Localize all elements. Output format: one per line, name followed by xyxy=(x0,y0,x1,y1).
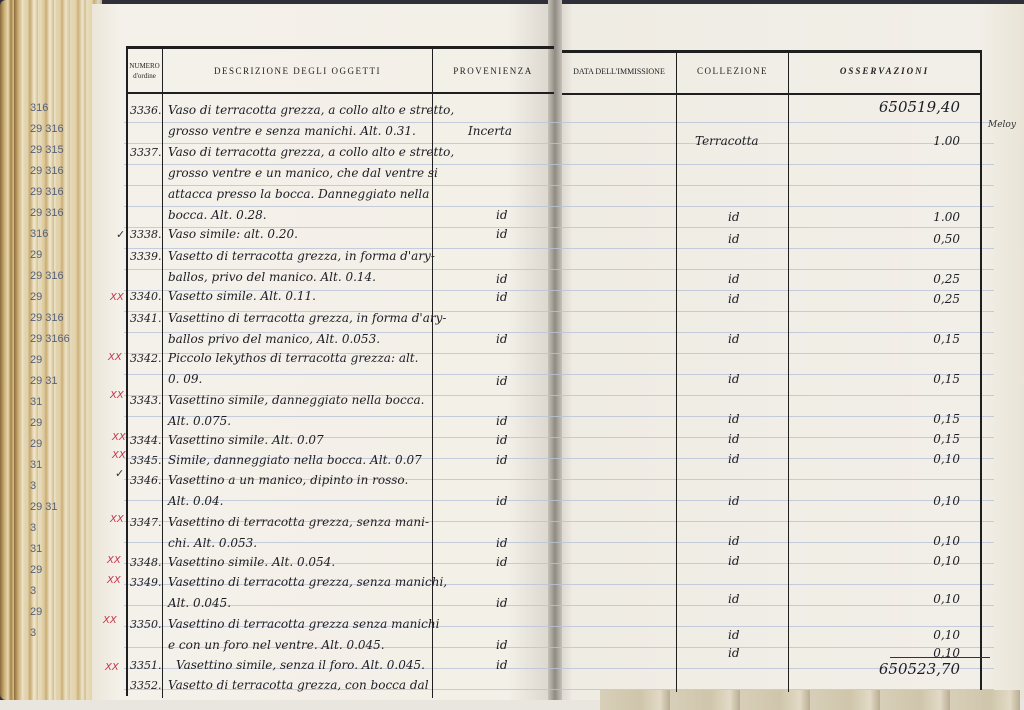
entry-number: 3338. xyxy=(130,228,162,241)
entry-collezione: id xyxy=(728,452,740,466)
col-divider-numero xyxy=(162,48,163,698)
entry-provenienza: id xyxy=(496,374,508,388)
entry-number: 3336. xyxy=(130,104,162,117)
header-osservazioni: OSSERVAZIONI xyxy=(789,50,980,92)
entry-description: Vasettino simile. Alt. 0.054. xyxy=(168,555,335,569)
margin-note: Meloy xyxy=(988,120,1016,130)
entry-description: ballos, privo del manico. Alt. 0.14. xyxy=(168,270,376,284)
entry-number: 3339. xyxy=(130,250,162,263)
entry-provenienza: id xyxy=(496,555,508,569)
header-top-rule xyxy=(126,46,554,49)
entry-value: 0,15 xyxy=(900,412,960,426)
entry-description: Vasettino simile, senza il foro. Alt. 0.… xyxy=(176,658,425,672)
red-xx-mark: XX xyxy=(105,662,119,673)
entry-description: Alt. 0.045. xyxy=(168,596,231,610)
table-right-border xyxy=(980,50,982,690)
entry-number: 3337. xyxy=(130,146,162,159)
header-collezione: COLLEZIONE xyxy=(677,50,788,92)
entry-description: e con un foro nel ventre. Alt. 0.045. xyxy=(168,638,385,652)
check-mark-icon: ✓ xyxy=(115,467,124,480)
entry-number: 3346. xyxy=(130,474,162,487)
entry-description: chi. Alt. 0.053. xyxy=(168,536,257,550)
header-bottom-rule xyxy=(126,92,554,94)
entry-description: Vasettino di terracotta grezza, senza ma… xyxy=(168,575,447,589)
entry-provenienza: id xyxy=(496,536,508,550)
entry-provenienza: id xyxy=(496,494,508,508)
entry-provenienza: Incerta xyxy=(468,124,512,138)
entry-description: Vasettino di terracotta grezza senza man… xyxy=(168,617,439,631)
entry-collezione: id xyxy=(728,646,740,660)
entry-value: 1.00 xyxy=(900,210,960,224)
entry-number: 3352. xyxy=(130,679,162,692)
red-xx-mark: XX xyxy=(107,575,121,586)
red-xx-mark: XX xyxy=(112,432,126,443)
header-provenienza: PROVENIENZA xyxy=(433,50,553,92)
edge-page-numbers: 316 29 316 29 315 29 316 29 316 29 316 3… xyxy=(30,98,90,644)
entry-value: 0,10 xyxy=(900,494,960,508)
entry-collezione: Terracotta xyxy=(695,134,759,148)
entry-provenienza: id xyxy=(496,290,508,304)
sum-rule xyxy=(890,657,990,658)
entry-provenienza: id xyxy=(496,332,508,346)
carried-total: 650519,40 xyxy=(860,98,960,116)
entry-description: Alt. 0.04. xyxy=(168,494,224,508)
entry-value: 0,25 xyxy=(900,272,960,286)
entry-description: grosso ventre e senza manichi. Alt. 0.31… xyxy=(168,124,416,138)
entry-value: 0,10 xyxy=(900,628,960,642)
entry-number: 3347. xyxy=(130,516,162,529)
entry-description: ballos privo del manico, Alt. 0.053. xyxy=(168,332,380,346)
entry-description: Vasetto simile. Alt. 0.11. xyxy=(168,289,316,303)
entry-value: 1.00 xyxy=(900,134,960,148)
entry-description: Vasettino di terracotta grezza, senza ma… xyxy=(168,515,429,529)
entry-value: 0,50 xyxy=(900,232,960,246)
red-xx-mark: XX xyxy=(110,514,124,525)
entry-collezione: id xyxy=(728,372,740,386)
entry-number: 3342. xyxy=(130,352,162,365)
entry-provenienza: id xyxy=(496,272,508,286)
entry-description: Vaso simile: alt. 0.20. xyxy=(168,227,298,241)
torn-page-bottom xyxy=(600,690,1020,710)
entry-description: Alt. 0.075. xyxy=(168,414,231,428)
entry-description: grosso ventre e un manico, che dal ventr… xyxy=(168,166,438,180)
entry-value: 0,15 xyxy=(900,432,960,446)
header-data-immissione: DATA DELL'IMMISSIONE xyxy=(562,50,676,92)
red-xx-mark: XX xyxy=(110,390,124,401)
entry-provenienza: id xyxy=(496,208,508,222)
entry-provenienza: id xyxy=(496,658,508,672)
check-mark-icon: ✓ xyxy=(116,228,125,241)
entry-value: 0,15 xyxy=(900,332,960,346)
entry-value: 0,10 xyxy=(900,534,960,548)
entry-description: Vasettino simile, danneggiato nella bocc… xyxy=(168,393,424,407)
final-total: 650523,70 xyxy=(860,660,960,678)
entry-provenienza: id xyxy=(496,453,508,467)
entry-collezione: id xyxy=(728,554,740,568)
header-bottom-rule-right xyxy=(562,93,982,95)
col-divider-data xyxy=(676,52,677,692)
entry-description: attacca presso la bocca. Danneggiato nel… xyxy=(168,187,429,201)
entry-collezione: id xyxy=(728,432,740,446)
red-xx-mark: XX xyxy=(110,292,124,303)
entry-description: Simile, danneggiato nella bocca. Alt. 0.… xyxy=(168,453,422,467)
entry-provenienza: id xyxy=(496,596,508,610)
entry-number: 3344. xyxy=(130,434,162,447)
entry-description: Vasettino simile. Alt. 0.07 xyxy=(168,433,324,447)
red-xx-mark: XX xyxy=(103,615,117,626)
entry-provenienza: id xyxy=(496,638,508,652)
entry-provenienza: id xyxy=(496,414,508,428)
red-xx-mark: XX xyxy=(108,352,122,363)
entry-number: 3350. xyxy=(130,618,162,631)
header-numero: NUMERO d'ordine xyxy=(127,50,162,92)
entry-description: Vasetto di terracotta grezza, in forma d… xyxy=(168,249,435,263)
entry-description: Piccolo lekythos di terracotta grezza: a… xyxy=(168,351,418,365)
entry-collezione: id xyxy=(728,332,740,346)
entry-number: 3343. xyxy=(130,394,162,407)
entry-collezione: id xyxy=(728,628,740,642)
entry-collezione: id xyxy=(728,292,740,306)
entry-value: 0,10 xyxy=(900,452,960,466)
entry-number: 3349. xyxy=(130,576,162,589)
entry-value: 0,15 xyxy=(900,372,960,386)
entry-value: 0,25 xyxy=(900,292,960,306)
entry-collezione: id xyxy=(728,592,740,606)
entry-value: 0,10 xyxy=(900,554,960,568)
entry-collezione: id xyxy=(728,534,740,548)
entry-collezione: id xyxy=(728,272,740,286)
entry-number: 3351. xyxy=(130,659,162,672)
entry-description: Vasettino a un manico, dipinto in rosso. xyxy=(168,473,408,487)
entry-description: Vaso di terracotta grezza, a collo alto … xyxy=(168,103,454,117)
red-xx-mark: XX xyxy=(107,555,121,566)
entry-description: Vaso di terracotta grezza, a collo alto … xyxy=(168,145,454,159)
entry-number: 3340. xyxy=(130,290,162,303)
entry-number: 3345. xyxy=(130,454,162,467)
entry-number: 3348. xyxy=(130,556,162,569)
table-left-border xyxy=(126,46,128,696)
header-descrizione: DESCRIZIONE DEGLI OGGETTI xyxy=(163,50,432,92)
entry-collezione: id xyxy=(728,412,740,426)
entry-description: bocca. Alt. 0.28. xyxy=(168,208,267,222)
entry-collezione: id xyxy=(728,210,740,224)
entry-collezione: id xyxy=(728,494,740,508)
entry-provenienza: id xyxy=(496,433,508,447)
entry-value: 0,10 xyxy=(900,592,960,606)
entry-description: 0. 09. xyxy=(168,372,202,386)
entry-number: 3341. xyxy=(130,312,162,325)
red-xx-mark: XX xyxy=(112,450,126,461)
entry-description: Vasetto di terracotta grezza, con bocca … xyxy=(168,678,429,692)
entry-collezione: id xyxy=(728,232,740,246)
col-divider-collezione xyxy=(788,52,789,692)
entry-provenienza: id xyxy=(496,227,508,241)
entry-description: Vasettino di terracotta grezza, in forma… xyxy=(168,311,446,325)
